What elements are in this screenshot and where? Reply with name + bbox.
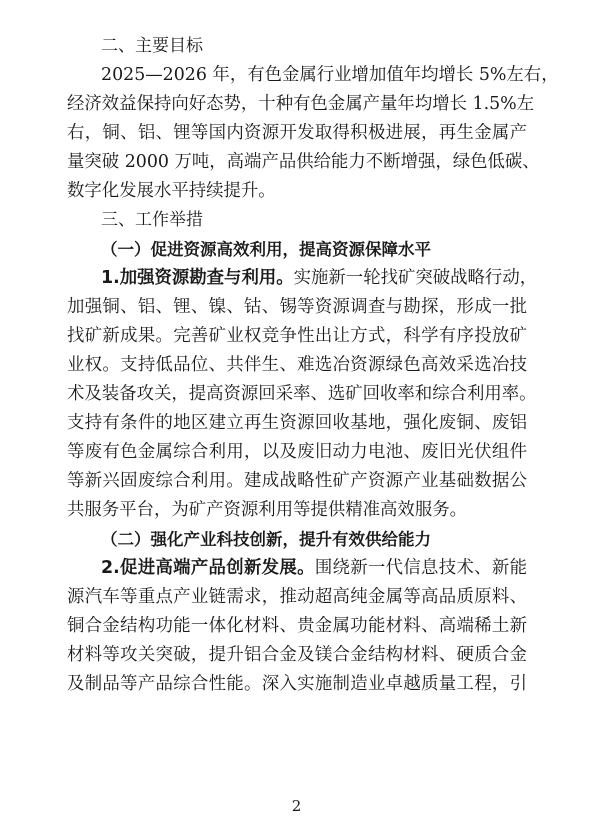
paragraph-line: 数字化发展水平持续提升。 <box>67 177 527 206</box>
paragraph-line: 支持有条件的地区建立再生资源回收基地，强化废铜、废铝 <box>67 409 527 438</box>
item-first-line: 2.促进高端产品创新发展。围绕新一代信息技术、新能 <box>101 554 527 583</box>
item-text: 实施新一轮找矿突破战略行动， <box>294 268 537 288</box>
document-page: 二、主要目标 2025—2026 年，有色金属行业增加值年均增长 5%左右， 经… <box>0 0 593 834</box>
item-title: 1.加强资源勘查与利用。 <box>101 268 294 288</box>
paragraph-line: 业权。支持低品位、共伴生、难选冶资源绿色高效采选冶技 <box>67 351 527 380</box>
paragraph-line: 右，铜、铝、锂等国内资源开发取得积极进展，再生金属产 <box>67 119 527 148</box>
paragraph-line: 材料等攻关突破，提升铝合金及镁合金结构材料、硬质合金 <box>67 641 527 670</box>
paragraph-line: 源汽车等重点产业链需求，推动超高纯金属等高品质原料、 <box>67 583 527 612</box>
paragraph-line: 铜合金结构功能一体化材料、贵金属功能材料、高端稀土新 <box>67 612 527 641</box>
paragraph-line: 2025—2026 年，有色金属行业增加值年均增长 5%左右， <box>101 61 527 90</box>
item-text: 围绕新一代信息技术、新能 <box>315 558 527 578</box>
paragraph-line: 找矿新成果。完善矿业权竞争性出让方式，科学有序投放矿 <box>67 322 527 351</box>
paragraph-line: 等新兴固废综合利用。建成战略性矿产资源产业基础数据公 <box>67 467 527 496</box>
page-number: 2 <box>0 797 593 815</box>
paragraph-line: 经济效益保持向好态势，十种有色金属产量年均增长 1.5%左 <box>67 90 527 119</box>
paragraph-line: 共服务平台，为矿产资源利用等提供精准高效服务。 <box>67 496 527 525</box>
item-first-line: 1.加强资源勘查与利用。实施新一轮找矿突破战略行动， <box>101 264 527 293</box>
section-heading-work-measures: 三、工作举措 <box>101 206 527 235</box>
subsection-heading-innovation: （二）强化产业科技创新，提升有效供给能力 <box>101 525 561 554</box>
section-heading-main-targets: 二、主要目标 <box>101 32 527 61</box>
paragraph-line: 量突破 2000 万吨，高端产品供给能力不断增强，绿色低碳、 <box>67 148 527 177</box>
item-title: 2.促进高端产品创新发展。 <box>101 558 315 578</box>
paragraph-line: 及制品等产品综合性能。深入实施制造业卓越质量工程，引 <box>67 670 527 699</box>
paragraph-line: 等废有色金属综合利用，以及废旧动力电池、废旧光伏组件 <box>67 438 527 467</box>
subsection-heading-resources: （一）促进资源高效利用，提高资源保障水平 <box>101 235 561 264</box>
paragraph-line: 术及装备攻关，提高资源回采率、选矿回收率和综合利用率。 <box>67 380 527 409</box>
paragraph-line: 加强铜、铝、锂、镍、钴、锡等资源调查与勘探，形成一批 <box>67 293 527 322</box>
